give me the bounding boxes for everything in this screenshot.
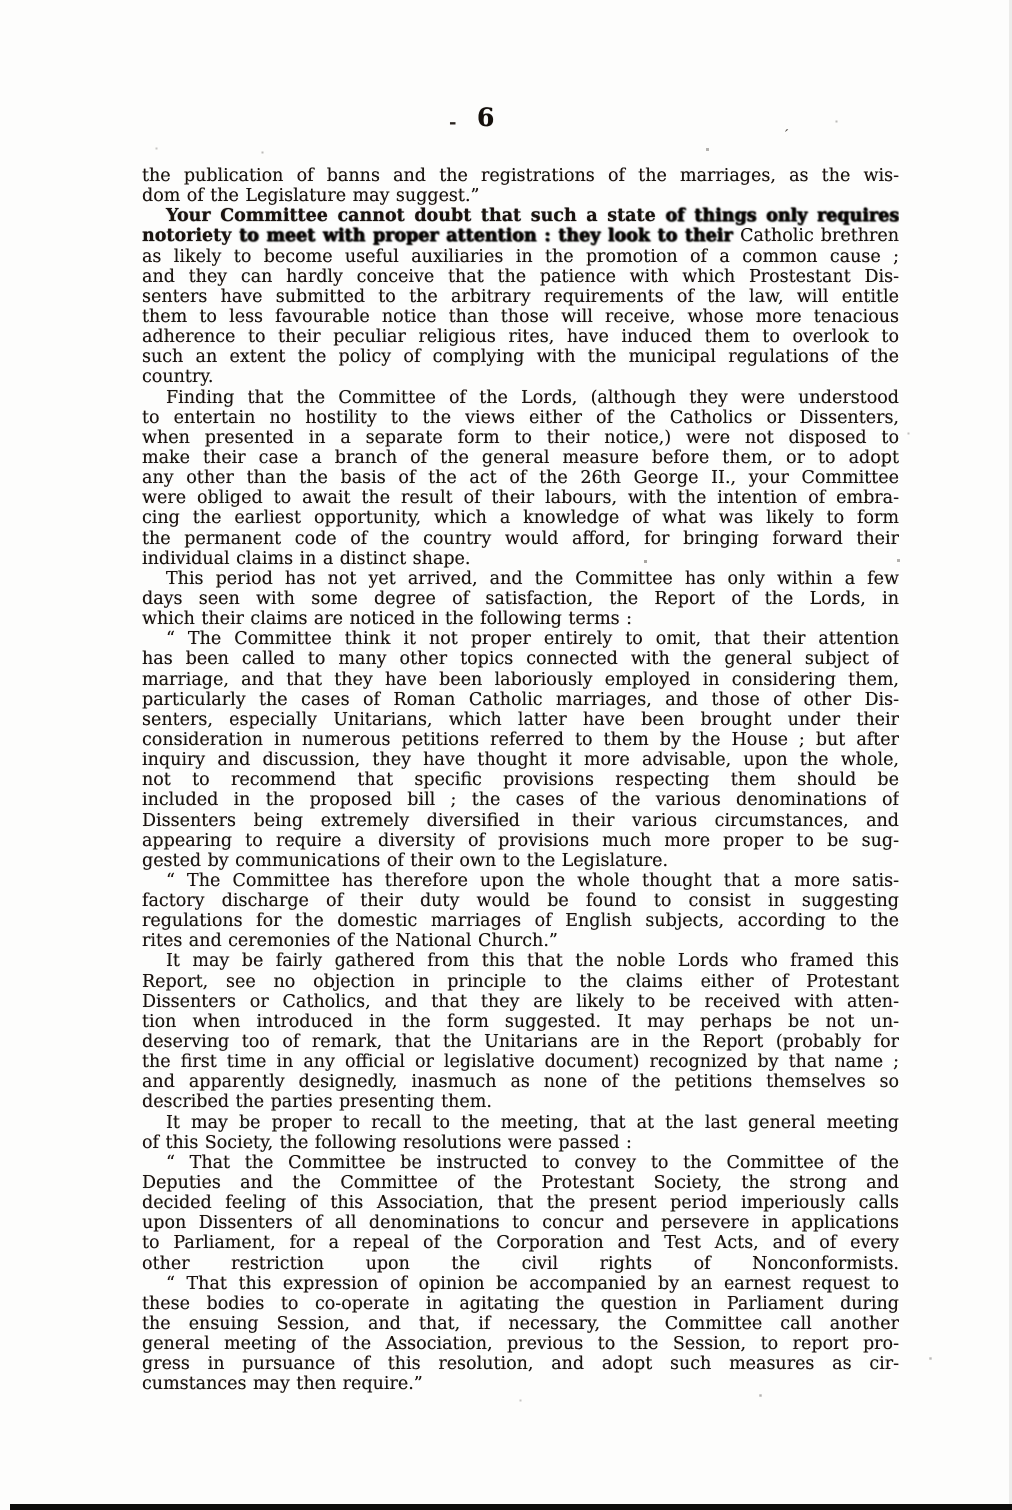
text-line: has been called to many other topics con… bbox=[142, 649, 899, 669]
text-line: deserving too of remark, that the Unitar… bbox=[142, 1032, 899, 1052]
text-segment: decided feeling of this Association, tha… bbox=[142, 1193, 899, 1213]
text-segment: the publication of banns and the registr… bbox=[142, 166, 899, 186]
scan-mark-slash: ′ bbox=[782, 126, 789, 144]
text-line: decided feeling of this Association, tha… bbox=[142, 1193, 899, 1213]
text-line: as likely to become useful auxiliaries i… bbox=[142, 247, 899, 267]
text-segment: and they can hardly conceive that the pa… bbox=[142, 267, 899, 287]
text-line: make their case a branch of the general … bbox=[142, 448, 899, 468]
text-line: and apparently designedly, inasmuch as n… bbox=[142, 1072, 899, 1092]
text-line: described the parties presenting them. bbox=[142, 1092, 899, 1112]
text-line: “ That this expression of opinion be acc… bbox=[142, 1274, 899, 1294]
paragraph: the publication of banns and the registr… bbox=[142, 166, 899, 206]
text-segment: and apparently designedly, inasmuch as n… bbox=[142, 1072, 899, 1092]
text-line: the ensuing Session, and that, if necess… bbox=[142, 1314, 899, 1334]
text-segment: deserving too of remark, that the Unitar… bbox=[142, 1032, 899, 1052]
text-segment: senters have submitted to the arbitrary … bbox=[142, 287, 899, 307]
text-line: senters, especially Unitarians, which la… bbox=[142, 710, 899, 730]
text-line: which their claims are noticed in the fo… bbox=[142, 609, 899, 629]
text-segment: to entertain no hostility to the views e… bbox=[142, 408, 899, 428]
text-line: appearing to require a diversity of prov… bbox=[142, 831, 899, 851]
text-line: gress in pursuance of this resolution, a… bbox=[142, 1354, 899, 1374]
text-segment: dom of the Legislature may suggest.” bbox=[142, 186, 479, 206]
text-line: of this Society, the following resolutio… bbox=[142, 1133, 899, 1153]
scanned-page: - 6 ′ the publication of banns and the r… bbox=[0, 0, 1012, 1510]
text-segment: upon Dissenters of all denominations to … bbox=[142, 1213, 899, 1233]
text-segment: marriage, and that they have been labori… bbox=[142, 670, 899, 690]
text-line: regulations for the domestic marriages o… bbox=[142, 911, 899, 931]
text-segment: regulations for the domestic marriages o… bbox=[142, 911, 899, 931]
text-segment: which their claims are noticed in the fo… bbox=[142, 609, 632, 629]
text-line: them to less favourable notice than thos… bbox=[142, 307, 899, 327]
text-line: “ The Committee has therefore upon the w… bbox=[142, 871, 899, 891]
text-segment: not to recommend that specific provision… bbox=[142, 770, 899, 790]
text-line: Dissenters or Catholics, and that they a… bbox=[142, 992, 899, 1012]
text-line: gested by communications of their own to… bbox=[142, 851, 899, 871]
text-line: country. bbox=[142, 367, 899, 387]
text-line: inquiry and discussion, they have though… bbox=[142, 750, 899, 770]
text-segment: gested by communications of their own to… bbox=[142, 851, 668, 871]
text-line: when presented in a separate form to the… bbox=[142, 428, 899, 448]
text-segment: country. bbox=[142, 367, 213, 387]
text-segment: “ The Committee has therefore upon the w… bbox=[166, 871, 899, 891]
text-line: not to recommend that specific provision… bbox=[142, 770, 899, 790]
paragraph: Your Committee cannot doubt that such a … bbox=[142, 206, 899, 387]
text-segment: any other than the basis of the act of t… bbox=[142, 468, 899, 488]
text-line: Deputies and the Committee of the Protes… bbox=[142, 1173, 899, 1193]
text-line: were obliged to await the result of thei… bbox=[142, 488, 899, 508]
paragraph: It may be proper to recall to the meetin… bbox=[142, 1113, 899, 1153]
text-line: Your Committee cannot doubt that such a … bbox=[142, 206, 899, 226]
text-segment: make their case a branch of the general … bbox=[142, 448, 899, 468]
text-line: to entertain no hostility to the views e… bbox=[142, 408, 899, 428]
text-line: Dissenters being extremely diversified i… bbox=[142, 811, 899, 831]
text-segment: days seen with some degree of satisfacti… bbox=[142, 589, 899, 609]
page-number: 6 bbox=[477, 103, 495, 132]
text-segment: factory discharge of their duty would be… bbox=[142, 891, 899, 911]
page-text: the publication of banns and the registr… bbox=[142, 166, 899, 1395]
paragraph: “ The Committee has therefore upon the w… bbox=[142, 871, 899, 952]
text-line: to Parliament, for a repeal of the Corpo… bbox=[142, 1233, 899, 1253]
text-segment: Deputies and the Committee of the Protes… bbox=[142, 1173, 899, 1193]
paragraph: This period has not yet arrived, and the… bbox=[142, 569, 899, 629]
text-segment: It may be fairly gathered from this that… bbox=[166, 951, 899, 971]
text-line: “ That the Committee be instructed to co… bbox=[142, 1153, 899, 1173]
text-line: Report, see no objection in principle to… bbox=[142, 972, 899, 992]
text-line: these bodies to co-operate in agitating … bbox=[142, 1294, 899, 1314]
text-segment: the permanent code of the country would … bbox=[142, 529, 899, 549]
text-segment: described the parties presenting them. bbox=[142, 1092, 492, 1112]
text-segment: Catholic brethren bbox=[740, 226, 899, 246]
text-segment: to Parliament, for a repeal of the Corpo… bbox=[142, 1233, 899, 1253]
text-line: rites and ceremonies of the National Chu… bbox=[142, 931, 899, 951]
text-line: the publication of banns and the registr… bbox=[142, 166, 899, 186]
text-segment: “ That this expression of opinion be acc… bbox=[166, 1274, 899, 1294]
text-segment: This period has not yet arrived, and the… bbox=[166, 569, 899, 589]
text-segment: tion when introduced in the form suggest… bbox=[142, 1012, 899, 1032]
text-segment: the first time in any official or legisl… bbox=[142, 1052, 899, 1072]
text-segment: these bodies to co-operate in agitating … bbox=[142, 1294, 899, 1314]
text-line: notoriety to meet with proper attention … bbox=[142, 226, 899, 246]
text-segment: “ The Committee think it not proper enti… bbox=[166, 629, 899, 649]
text-line: Finding that the Committee of the Lords,… bbox=[142, 388, 899, 408]
text-segment: included in the proposed bill ; the case… bbox=[142, 790, 899, 810]
paragraph: It may be fairly gathered from this that… bbox=[142, 951, 899, 1112]
text-segment: cing the earliest opportunity, which a k… bbox=[142, 508, 899, 528]
paragraph: “ The Committee think it not proper enti… bbox=[142, 629, 899, 871]
text-line: included in the proposed bill ; the case… bbox=[142, 790, 899, 810]
text-segment: such an extent the policy of complying w… bbox=[142, 347, 899, 367]
scan-edge-bottom bbox=[10, 1504, 1012, 1510]
text-line: particularly the cases of Roman Catholic… bbox=[142, 690, 899, 710]
text-segment: Report, see no objection in principle to… bbox=[142, 972, 899, 992]
text-segment: gress in pursuance of this resolution, a… bbox=[142, 1354, 899, 1374]
text-line: It may be proper to recall to the meetin… bbox=[142, 1113, 899, 1133]
text-line: other restriction upon the civil rights … bbox=[142, 1254, 899, 1274]
text-line: factory discharge of their duty would be… bbox=[142, 891, 899, 911]
scan-noise-specks bbox=[0, 0, 1, 1]
text-segment: of things only requires bbox=[665, 206, 899, 226]
text-line: marriage, and that they have been labori… bbox=[142, 670, 899, 690]
text-line: cing the earliest opportunity, which a k… bbox=[142, 508, 899, 528]
text-segment: as likely to become useful auxiliaries i… bbox=[142, 247, 899, 267]
text-segment: general meeting of the Association, prev… bbox=[142, 1334, 899, 1354]
text-segment: when presented in a separate form to the… bbox=[142, 428, 899, 448]
text-segment: to meet with proper attention : they loo… bbox=[239, 226, 740, 246]
text-segment: individual claims in a distinct shape. bbox=[142, 549, 470, 569]
text-segment: particularly the cases of Roman Catholic… bbox=[142, 690, 899, 710]
text-segment: rites and ceremonies of the National Chu… bbox=[142, 931, 558, 951]
text-line: senters have submitted to the arbitrary … bbox=[142, 287, 899, 307]
text-segment: other restriction upon the civil rights … bbox=[142, 1254, 899, 1274]
text-line: dom of the Legislature may suggest.” bbox=[142, 186, 899, 206]
text-segment: Dissenters being extremely diversified i… bbox=[142, 811, 899, 831]
text-line: “ The Committee think it not proper enti… bbox=[142, 629, 899, 649]
text-segment: the ensuing Session, and that, if necess… bbox=[142, 1314, 899, 1334]
text-line: consideration in numerous petitions refe… bbox=[142, 730, 899, 750]
text-line: general meeting of the Association, prev… bbox=[142, 1334, 899, 1354]
text-segment: “ That the Committee be instructed to co… bbox=[166, 1153, 899, 1173]
text-line: individual claims in a distinct shape. bbox=[142, 549, 899, 569]
scan-mark-dash: - bbox=[449, 112, 456, 133]
text-line: and they can hardly conceive that the pa… bbox=[142, 267, 899, 287]
text-segment: Dissenters or Catholics, and that they a… bbox=[142, 992, 899, 1012]
text-line: It may be fairly gathered from this that… bbox=[142, 951, 899, 971]
text-line: adherence to their peculiar religious ri… bbox=[142, 327, 899, 347]
text-line: cumstances may then require.” bbox=[142, 1374, 899, 1394]
text-segment: were obliged to await the result of thei… bbox=[142, 488, 899, 508]
text-segment: senters, especially Unitarians, which la… bbox=[142, 710, 899, 730]
text-segment: Your Committee cannot doubt that such a … bbox=[166, 206, 665, 226]
text-line: tion when introduced in the form suggest… bbox=[142, 1012, 899, 1032]
text-segment: appearing to require a diversity of prov… bbox=[142, 831, 899, 851]
text-line: upon Dissenters of all denominations to … bbox=[142, 1213, 899, 1233]
text-line: any other than the basis of the act of t… bbox=[142, 468, 899, 488]
text-line: days seen with some degree of satisfacti… bbox=[142, 589, 899, 609]
text-line: the permanent code of the country would … bbox=[142, 529, 899, 549]
text-segment: notoriety bbox=[142, 226, 239, 246]
text-segment: of this Society, the following resolutio… bbox=[142, 1133, 632, 1153]
text-segment: cumstances may then require.” bbox=[142, 1374, 423, 1394]
text-segment: inquiry and discussion, they have though… bbox=[142, 750, 899, 770]
text-segment: consideration in numerous petitions refe… bbox=[142, 730, 899, 750]
text-segment: has been called to many other topics con… bbox=[142, 649, 899, 669]
text-line: This period has not yet arrived, and the… bbox=[142, 569, 899, 589]
paragraph: “ That the Committee be instructed to co… bbox=[142, 1153, 899, 1395]
paragraph: Finding that the Committee of the Lords,… bbox=[142, 388, 899, 569]
text-segment: Finding that the Committee of the Lords,… bbox=[166, 388, 899, 408]
text-line: the first time in any official or legisl… bbox=[142, 1052, 899, 1072]
text-segment: adherence to their peculiar religious ri… bbox=[142, 327, 899, 347]
text-line: such an extent the policy of complying w… bbox=[142, 347, 899, 367]
text-segment: It may be proper to recall to the meetin… bbox=[166, 1113, 899, 1133]
text-segment: them to less favourable notice than thos… bbox=[142, 307, 899, 327]
